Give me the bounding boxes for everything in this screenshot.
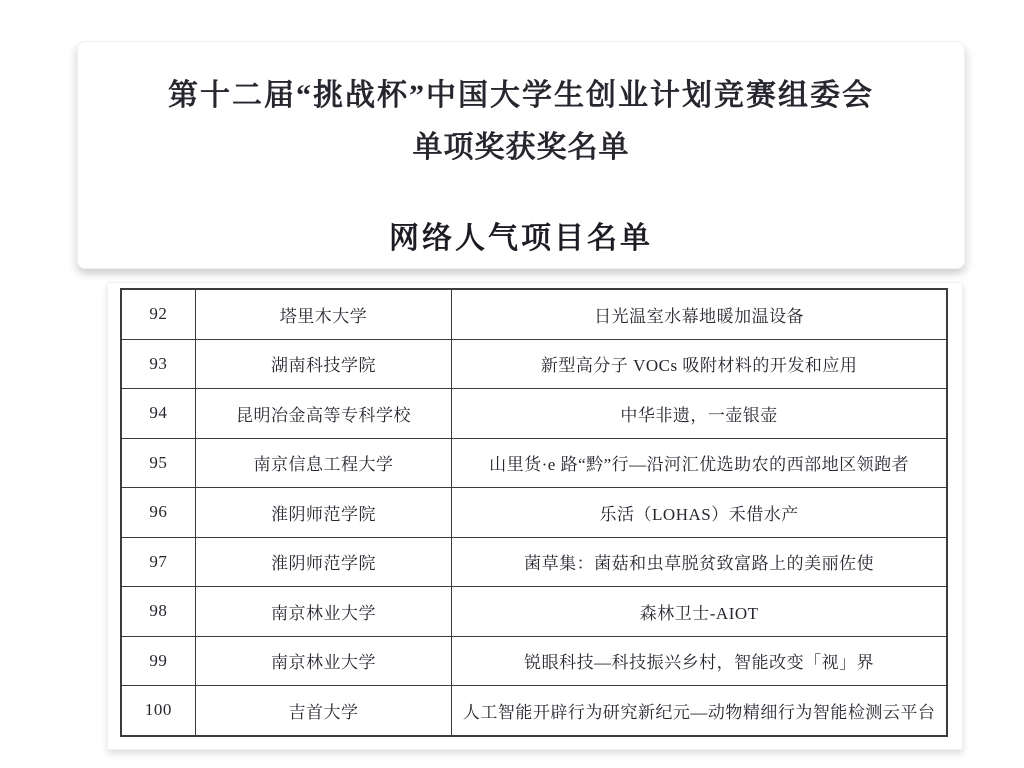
table-row: 93 湖南科技学院 新型高分子 VOCs 吸附材料的开发和应用 bbox=[121, 339, 947, 389]
rank-cell: 100 bbox=[121, 686, 195, 736]
rank-cell: 95 bbox=[121, 438, 195, 488]
project-cell: 菌草集：菌菇和虫草脱贫致富路上的美丽佐使 bbox=[452, 537, 947, 587]
project-cell: 山里货·e 路“黔”行—沿河汇优选助农的西部地区领跑者 bbox=[452, 438, 947, 488]
rank-cell: 94 bbox=[121, 389, 195, 439]
university-cell: 南京林业大学 bbox=[195, 587, 452, 637]
table-row: 94 昆明冶金高等专科学校 中华非遗，一壶银壶 bbox=[121, 389, 947, 439]
header-card: 第十二届“挑战杯”中国大学生创业计划竞赛组委会 单项奖获奖名单 网络人气项目名单 bbox=[77, 41, 965, 269]
university-cell: 昆明冶金高等专科学校 bbox=[195, 389, 452, 439]
document-title-line2: 单项奖获奖名单 bbox=[78, 130, 964, 166]
rank-cell: 96 bbox=[121, 488, 195, 538]
document-title-line1: 第十二届“挑战杯”中国大学生创业计划竞赛组委会 bbox=[78, 78, 964, 114]
table-row: 100 吉首大学 人工智能开辟行为研究新纪元—动物精细行为智能检测云平台 bbox=[121, 686, 947, 736]
project-cell: 乐活（LOHAS）禾借水产 bbox=[452, 488, 947, 538]
table-row: 97 淮阴师范学院 菌草集：菌菇和虫草脱贫致富路上的美丽佐使 bbox=[121, 537, 947, 587]
page-background: { "document": { "title_line1": "第十二届“挑战杯… bbox=[0, 0, 1024, 768]
university-cell: 南京信息工程大学 bbox=[195, 438, 452, 488]
rank-cell: 93 bbox=[121, 339, 195, 389]
awards-table: 92 塔里木大学 日光温室水幕地暖加温设备 93 湖南科技学院 新型高分子 VO… bbox=[120, 288, 948, 737]
table-row: 96 淮阴师范学院 乐活（LOHAS）禾借水产 bbox=[121, 488, 947, 538]
rank-cell: 99 bbox=[121, 636, 195, 686]
table-card: 92 塔里木大学 日光温室水幕地暖加温设备 93 湖南科技学院 新型高分子 VO… bbox=[107, 282, 963, 750]
project-cell: 日光温室水幕地暖加温设备 bbox=[452, 289, 947, 339]
rank-cell: 97 bbox=[121, 537, 195, 587]
university-cell: 湖南科技学院 bbox=[195, 339, 452, 389]
table-row: 92 塔里木大学 日光温室水幕地暖加温设备 bbox=[121, 289, 947, 339]
table-row: 99 南京林业大学 锐眼科技—科技振兴乡村，智能改变「视」界 bbox=[121, 636, 947, 686]
table-row: 95 南京信息工程大学 山里货·e 路“黔”行—沿河汇优选助农的西部地区领跑者 bbox=[121, 438, 947, 488]
project-cell: 人工智能开辟行为研究新纪元—动物精细行为智能检测云平台 bbox=[452, 686, 947, 736]
rank-cell: 92 bbox=[121, 289, 195, 339]
university-cell: 淮阴师范学院 bbox=[195, 537, 452, 587]
university-cell: 塔里木大学 bbox=[195, 289, 452, 339]
project-cell: 中华非遗，一壶银壶 bbox=[452, 389, 947, 439]
rank-cell: 98 bbox=[121, 587, 195, 637]
project-cell: 新型高分子 VOCs 吸附材料的开发和应用 bbox=[452, 339, 947, 389]
university-cell: 南京林业大学 bbox=[195, 636, 452, 686]
section-title: 网络人气项目名单 bbox=[78, 221, 964, 257]
university-cell: 吉首大学 bbox=[195, 686, 452, 736]
table-row: 98 南京林业大学 森林卫士-AIOT bbox=[121, 587, 947, 637]
project-cell: 森林卫士-AIOT bbox=[452, 587, 947, 637]
university-cell: 淮阴师范学院 bbox=[195, 488, 452, 538]
project-cell: 锐眼科技—科技振兴乡村，智能改变「视」界 bbox=[452, 636, 947, 686]
